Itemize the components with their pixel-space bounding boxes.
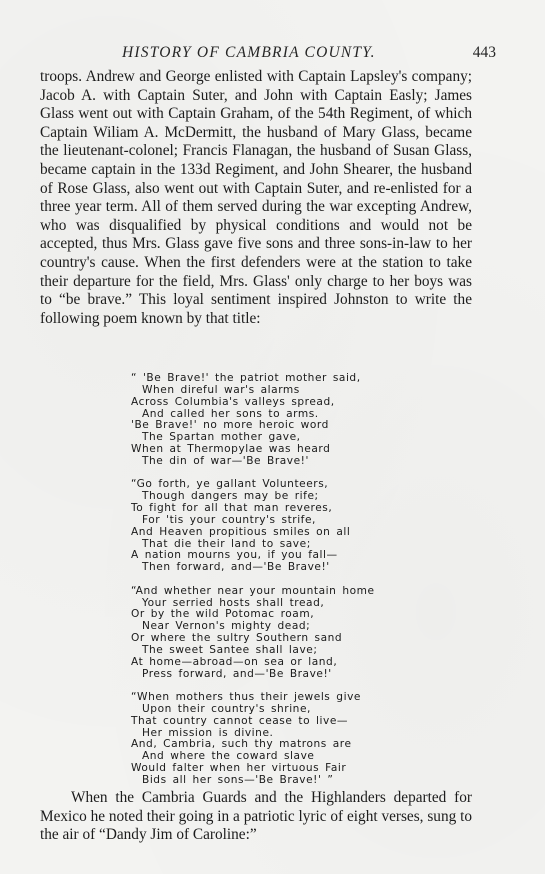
poem-be-brave: “ 'Be Brave!' the patriot mother said, W… xyxy=(131,373,391,798)
poem-stanza: “Go forth, ye gallant Volunteers, Though… xyxy=(131,479,391,574)
poem-line: Upon their country's shrine, xyxy=(131,704,391,716)
poem-line: Bids all her sons—'Be Brave!' ” xyxy=(131,775,391,787)
poem-line: That country cannot cease to live— xyxy=(131,716,391,728)
poem-stanza: “ 'Be Brave!' the patriot mother said, W… xyxy=(131,373,391,468)
poem-line: When direful war's alarms xyxy=(131,385,391,397)
poem-line: And Heaven propitious smiles on all xyxy=(131,527,391,539)
poem-line: The din of war—'Be Brave!' xyxy=(131,456,391,468)
book-page: HISTORY OF CAMBRIA COUNTY. 443 troops. A… xyxy=(0,0,545,874)
closing-paragraph: When the Cambria Guards and the Highland… xyxy=(40,789,472,845)
running-head: HISTORY OF CAMBRIA COUNTY. 443 xyxy=(40,44,496,64)
poem-stanza: “When mothers thus their jewels give Upo… xyxy=(131,692,391,787)
poem-line: The sweet Santee shall lave; xyxy=(131,645,391,657)
poem-line: Across Columbia's valleys spread, xyxy=(131,397,391,409)
poem-line: Press forward, and—'Be Brave!' xyxy=(131,669,391,681)
body-paragraph: troops. Andrew and George enlisted with … xyxy=(40,68,472,328)
poem-line: For 'tis your country's strife, xyxy=(131,515,391,527)
poem-line: At home—abroad—on sea or land, xyxy=(131,657,391,669)
poem-stanza: “And whether near your mountain home You… xyxy=(131,586,391,681)
poem-line: Then forward, and—'Be Brave!' xyxy=(131,562,391,574)
page-number: 443 xyxy=(473,44,496,62)
running-title: HISTORY OF CAMBRIA COUNTY. xyxy=(122,44,376,62)
poem-line: “And whether near your mountain home xyxy=(131,586,391,598)
